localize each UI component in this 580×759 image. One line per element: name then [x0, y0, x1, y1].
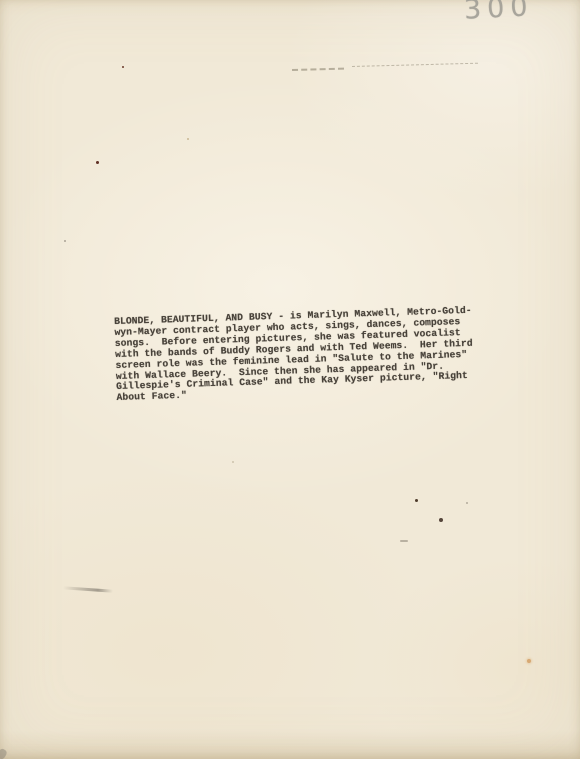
paper-speck	[96, 161, 99, 164]
typed-caption: BLONDE, BEAUTIFUL, AND BUSY - is Marilyn…	[114, 306, 474, 404]
pencil-dash-mark-right	[352, 63, 478, 67]
pencil-dash-mark-left	[292, 68, 344, 71]
foxing-spot	[527, 659, 531, 663]
photo-verso-paper: 300 BLONDE, BEAUTIFUL, AND BUSY - is Mar…	[0, 0, 580, 759]
paper-speck	[187, 138, 189, 140]
paper-speck	[439, 518, 443, 522]
paper-speck	[232, 461, 234, 463]
paper-speck	[400, 540, 408, 542]
corner-blemish	[0, 748, 8, 759]
paper-speck	[122, 66, 124, 68]
handwritten-number: 300	[463, 0, 534, 26]
pencil-squiggle-mark	[63, 586, 113, 592]
paper-speck	[415, 499, 418, 502]
paper-speck	[64, 240, 66, 242]
paper-speck	[466, 502, 468, 504]
